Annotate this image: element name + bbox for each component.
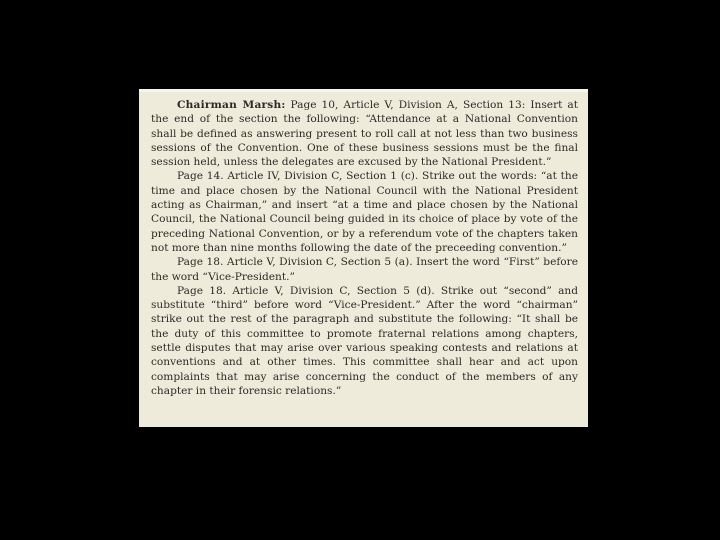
paragraph-page-18-d: Page 18. Article V, Division C, Section … xyxy=(151,284,578,398)
paragraph-text: Page 14. Article IV, Division C, Section… xyxy=(151,170,578,253)
paragraph-text: Page 18. Article V, Division C, Section … xyxy=(151,256,578,282)
document-page: Chairman Marsh: Page 10, Article V, Divi… xyxy=(139,89,588,427)
paragraph-page-18-a: Page 18. Article V, Division C, Section … xyxy=(151,255,578,284)
paragraph-chairman-marsh: Chairman Marsh: Page 10, Article V, Divi… xyxy=(151,98,578,169)
speaker-name: Chairman Marsh: xyxy=(177,99,285,111)
paragraph-text: Page 18. Article V, Division C, Section … xyxy=(151,285,578,397)
paragraph-page-14: Page 14. Article IV, Division C, Section… xyxy=(151,169,578,255)
